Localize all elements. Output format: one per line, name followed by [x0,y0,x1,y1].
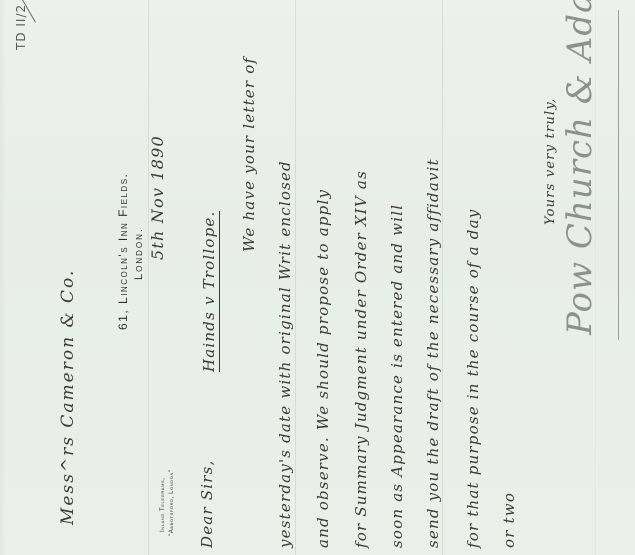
body-line: for that purpose in the course of a day [464,209,482,548]
telegram-line2: "Abbotsford, London" [169,469,175,536]
body-line: for Summary Judgment under Order XIV as [352,170,370,548]
recipient: Mess^rs Cameron & Co. [58,269,78,525]
salutation: Dear Sirs, [198,460,216,549]
body-line: or two [500,492,518,548]
body-line: soon as Appearance is entered and will [388,204,406,548]
telegram-line1: Inland Telegrams, [160,477,166,532]
subject-line: Hainds v Trollope. [200,211,218,372]
archive-mark: TD II/2 [14,4,28,50]
body-line: and observe. We should propose to apply [314,189,332,548]
letter-date: 5th Nov 1890 [148,135,167,260]
letterhead-address-line2: London. [133,227,145,280]
fold-crease [148,0,150,555]
fold-crease [295,0,297,555]
letterhead-address-line1: 61, Lincoln's Inn Fields. [116,173,130,330]
signature: Pow Church & Adams [560,0,600,335]
subject-text: Hainds v Trollope. [200,211,220,372]
body-line: We have your letter of [240,57,258,252]
body-line: send you the draft of the necessary affi… [424,158,442,548]
letter-page: TD II/2 Mess^rs Cameron & Co. 61, Lincol… [0,0,635,555]
fold-crease [442,0,444,555]
closing: Yours very truly, [543,97,558,225]
body-line: yesterday's date with original Writ encl… [276,160,294,548]
signature-flourish [618,10,619,340]
